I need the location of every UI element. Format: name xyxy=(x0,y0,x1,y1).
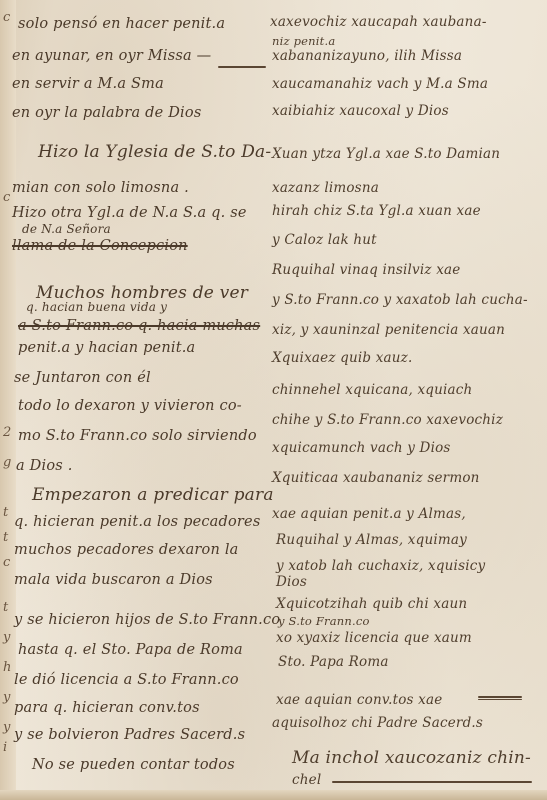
manuscript-line: en servir a M.a Sma xyxy=(12,76,164,92)
gutter-mark: g xyxy=(3,455,11,470)
manuscript-line: Ruquihal vinaq insilviz xae xyxy=(272,262,460,278)
manuscript-line: xo xyaxiz licencia que xaum xyxy=(276,630,472,646)
gutter-mark: t xyxy=(3,505,8,520)
manuscript-line: mian con solo limosna . xyxy=(12,180,189,196)
gutter-mark: c xyxy=(3,190,10,205)
manuscript-line: chinnehel xquicana, xquiach xyxy=(272,382,472,398)
manuscript-line: a Dios . xyxy=(16,458,73,474)
page-edge xyxy=(0,790,547,800)
manuscript-line: niz penit.a xyxy=(272,34,335,48)
manuscript-line: xaucamanahiz vach y M.a Sma xyxy=(272,76,488,92)
manuscript-line: Xuan ytza Ygl.a xae S.to Damian xyxy=(272,146,500,162)
gutter-mark: c xyxy=(3,10,10,25)
manuscript-line: y se bolvieron Padres Sacerd.s xyxy=(14,727,245,743)
manuscript-line: y S.to Frann.co y xaxatob lah cucha- xyxy=(272,292,528,308)
manuscript-line: chihe y S.to Frann.co xaxevochiz xyxy=(272,412,503,428)
gutter-mark: 2 xyxy=(3,425,11,440)
manuscript-line: para q. hicieran conv.tos xyxy=(14,700,200,716)
gutter-mark: y xyxy=(3,630,10,645)
manuscript-line: xae aquian penit.a y Almas, xyxy=(272,506,466,522)
manuscript-line: hirah chiz S.ta Ygl.a xuan xae xyxy=(272,203,481,219)
manuscript-line: xazanz limosna xyxy=(272,180,379,196)
manuscript-line: y se hicieron hijos de S.to Frann.co xyxy=(14,612,280,628)
manuscript-line-insertion: q. hacian buena vida y xyxy=(26,300,167,314)
closing-rule xyxy=(332,781,532,783)
manuscript-line: Xquicotzihah quib chi xaun xyxy=(276,596,467,612)
manuscript-line: xiz, y xauninzal penitencia xauan xyxy=(272,322,505,338)
manuscript-line: hasta q. el Sto. Papa de Roma xyxy=(18,642,243,658)
gutter-mark: i xyxy=(3,740,7,755)
line-filler-dash xyxy=(218,66,266,68)
manuscript-line: Ma inchol xaucozaniz chin- xyxy=(292,748,531,768)
manuscript-line: chel xyxy=(292,772,321,788)
gutter-mark: y xyxy=(3,720,10,735)
manuscript-line: Xquixaez quib xauz. xyxy=(272,350,412,366)
manuscript-line: xquicamunch vach y Dios xyxy=(272,440,451,456)
manuscript-line: le dió licencia a S.to Frann.co xyxy=(14,672,239,688)
manuscript-line: solo pensó en hacer penit.a xyxy=(18,16,225,32)
manuscript-line: penit.a y hacian penit.a xyxy=(18,340,195,356)
manuscript-line: y xatob lah cuchaxiz, xquisicy xyxy=(276,558,485,574)
line-filler-dash xyxy=(478,699,522,700)
manuscript-line-struck: llama de la Concepcion xyxy=(12,238,188,254)
manuscript-line: Hizo la Yglesia de S.to Da- xyxy=(38,142,271,162)
gutter-mark: h xyxy=(3,660,11,675)
manuscript-line: No se pueden contar todos xyxy=(32,757,235,773)
manuscript-line: todo lo dexaron y vivieron co- xyxy=(18,398,242,414)
gutter-mark: t xyxy=(3,600,8,615)
manuscript-line: mala vida buscaron a Dios xyxy=(14,572,213,588)
manuscript-line-insertion: de N.a Señora xyxy=(22,222,111,236)
manuscript-line: xaibiahiz xaucoxal y Dios xyxy=(272,103,449,119)
manuscript-line: xaxevochiz xaucapah xaubana- xyxy=(270,14,487,30)
manuscript-line: Sto. Papa Roma xyxy=(278,654,389,670)
gutter-mark: t xyxy=(3,530,8,545)
manuscript-line: en ayunar, en oyr Missa — xyxy=(12,48,211,64)
manuscript-line: Dios xyxy=(276,574,307,590)
manuscript-line: y S.to Frann.co xyxy=(278,614,370,628)
line-filler-dash xyxy=(478,696,522,698)
manuscript-line: Hizo otra Ygl.a de N.a S.a q. se xyxy=(12,205,247,221)
manuscript-line: aquisolhoz chi Padre Sacerd.s xyxy=(272,715,483,731)
manuscript-line-struck: a S.to Frann.co q. hacia muchas xyxy=(18,318,260,334)
manuscript-line: y Caloz lak hut xyxy=(272,232,377,248)
manuscript-line: muchos pecadores dexaron la xyxy=(14,542,239,558)
gutter-mark: c xyxy=(3,555,10,570)
manuscript-line: Ruquihal y Almas, xquimay xyxy=(276,532,467,548)
manuscript-line: xabananizayuno, ilih Missa xyxy=(272,48,462,64)
manuscript-line: q. hicieran penit.a los pecadores xyxy=(14,514,260,530)
manuscript-line: se Juntaron con él xyxy=(14,370,151,386)
manuscript-line: mo S.to Frann.co solo sirviendo xyxy=(18,428,257,444)
manuscript-line: xae aquian conv.tos xae xyxy=(276,692,442,708)
manuscript-line: Empezaron a predicar para xyxy=(32,485,274,505)
gutter-mark: y xyxy=(3,690,10,705)
manuscript-line: en oyr la palabra de Dios xyxy=(12,105,201,121)
manuscript-line: Xquiticaa xaubananiz sermon xyxy=(272,470,480,486)
